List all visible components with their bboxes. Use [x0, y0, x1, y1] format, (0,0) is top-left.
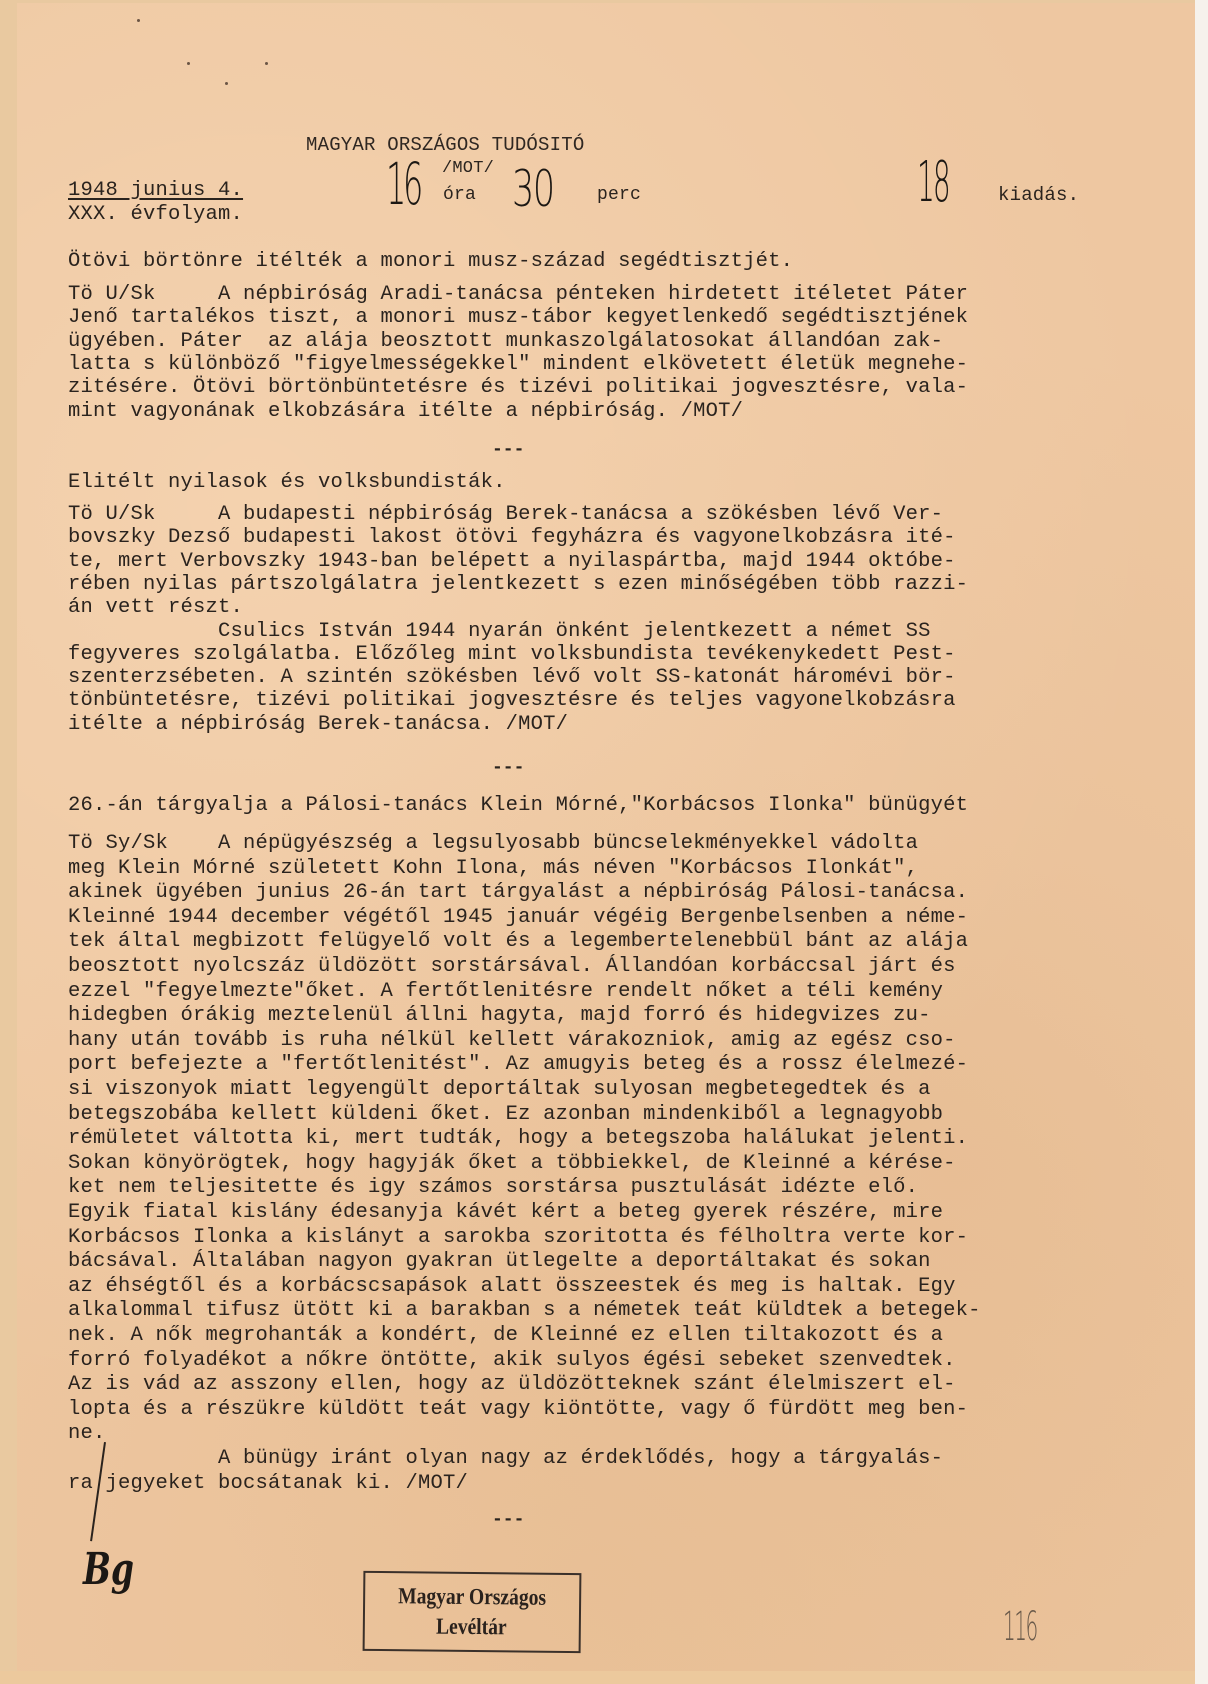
article-line: Csulics István 1944 nyarán önként jelent… — [68, 620, 931, 644]
article-line: ügyében. Páter az alája beosztott munkas… — [68, 330, 943, 354]
article-line: mint vagyonának elkobzására itélte a nép… — [68, 400, 743, 424]
article-line: fegyveres szolgálatba. Előzőleg mint vol… — [68, 643, 956, 667]
article-line: Tö U/Sk A budapesti népbiróság Berek-tan… — [68, 503, 943, 527]
article-line: betegszobába kellett küldeni őket. Ez az… — [68, 1103, 943, 1127]
article-line: akinek ügyében junius 26-án tart tárgyal… — [68, 881, 968, 905]
article-separator: --- — [492, 440, 524, 460]
article-line: hany után tovább is ruha nélkül kellett … — [68, 1029, 956, 1053]
article-line: si viszonyok miatt legyengült deportálta… — [68, 1078, 931, 1102]
article-line: A bünügy iránt olyan nagy az érdeklődés,… — [68, 1447, 943, 1471]
paper-speck — [225, 82, 228, 85]
article-line: Egyik fiatal kislány édesanyja kávét kér… — [68, 1201, 943, 1225]
stamp-line-1: Magyar Országos — [398, 1581, 546, 1613]
article-line: Tö Sy/Sk A népügyészség a legsulyosabb b… — [68, 832, 918, 856]
article-line: Jenő tartalékos tiszt, a monori musz-táb… — [68, 306, 968, 330]
scan-bottom-edge — [0, 1671, 1195, 1684]
agency-label: /MOT/ — [442, 157, 494, 181]
masthead: MAGYAR ORSZÁGOS TUDÓSITÓ — [306, 133, 584, 157]
stamp-line-2: Levéltár — [436, 1612, 507, 1643]
article-line: Korbácsos Ilonka a kislányt a sarokba sz… — [68, 1226, 968, 1250]
article-line: te, mert Verbovszky 1943-ban belépett a … — [68, 550, 956, 574]
article-line: rében nyilas pártszolgálatra jelentkezet… — [68, 573, 968, 597]
article-line: ezzel "fegyelmezte"őket. A fertőtlenités… — [68, 980, 943, 1004]
handwritten-minute: 30 — [512, 160, 554, 218]
article-line: tek által megbizott felügyelő volt és a … — [68, 930, 968, 954]
volume-label: XXX. évfolyam. — [68, 203, 243, 227]
handwritten-edition: 18 — [917, 150, 949, 215]
handwritten-hour: 16 — [386, 150, 420, 218]
paper-speck — [187, 62, 190, 65]
archive-stamp: Magyar Országos Levéltár — [363, 1571, 582, 1653]
article-line: szenterzsébeten. A szintén szökésben lév… — [68, 666, 956, 690]
article-line: port befejezte a "fertőtlenitést". Az am… — [68, 1053, 968, 1077]
article-line: rémületet váltotta ki, mert tudták, hogy… — [68, 1127, 968, 1151]
article-line: án vett részt. — [68, 596, 243, 620]
article-line: alkalommal tifusz ütött ki a barakban s … — [68, 1299, 981, 1323]
article-line: zitésére. Ötövi börtönbüntetésre és tizé… — [68, 376, 968, 400]
handwritten-page-number: 116 — [1003, 1604, 1037, 1650]
edition-label: kiadás. — [998, 183, 1079, 207]
article-line: ra jegyeket bocsátanak ki. /MOT/ — [68, 1472, 468, 1496]
article-line: beosztott nyolcszáz üldözött sorstársáva… — [68, 955, 956, 979]
article-line: Az is vád az asszony ellen, hogy az üldö… — [68, 1373, 956, 1397]
article-line: meg Klein Mórné született Kohn Ilona, má… — [68, 857, 918, 881]
paper-speck — [265, 62, 268, 65]
article-separator: --- — [492, 1510, 524, 1530]
paper-speck — [137, 19, 140, 22]
article-line: itélte a népbiróság Berek-tanácsa. /MOT/ — [68, 713, 568, 737]
hour-label: óra — [443, 183, 476, 207]
article-line: ket nem teljesitette és igy számos sorst… — [68, 1176, 918, 1200]
article-line: nek. A nők megrohanták a kondért, de Kle… — [68, 1324, 943, 1348]
article-line: bovszky Dezső budapesti lakost ötövi feg… — [68, 526, 956, 550]
article-line: Kleinné 1944 december végétől 1945 januá… — [68, 906, 968, 930]
article-line: lopta és a részükre küldött teát vagy ki… — [68, 1398, 968, 1422]
article-title: 26.-án tárgyalja a Pálosi-tanács Klein M… — [68, 794, 968, 818]
article-line: tönbüntetésre, tizévi politikai jogveszt… — [68, 689, 956, 713]
handwritten-initials: Bg — [83, 1544, 134, 1595]
article-line: hidegben órákig meztelenül állni hagyta,… — [68, 1004, 931, 1028]
article-title: Elitélt nyilasok és volksbundisták. — [68, 471, 506, 495]
article-line: ne. — [68, 1422, 106, 1446]
article-separator: --- — [492, 758, 524, 778]
issue-date: 1948 junius 4. — [68, 179, 243, 203]
minute-label: perc — [597, 183, 641, 207]
article-line: latta s különböző "figyelmességekkel" mi… — [68, 353, 968, 377]
article-line: Sokan könyörögtek, hogy hagyják őket a t… — [68, 1152, 956, 1176]
article-title: Ötövi börtönre itélték a monori musz-szá… — [68, 250, 793, 274]
article-line: bácsával. Általában nagyon gyakran ütleg… — [68, 1250, 931, 1274]
scan-margin — [1195, 0, 1208, 1684]
article-line: az éhségtől és a korbácscsapások alatt ö… — [68, 1275, 956, 1299]
article-line: forró folyadékot a nőkre öntötte, akik s… — [68, 1349, 956, 1373]
article-line: Tö U/Sk A népbiróság Aradi-tanácsa pénte… — [68, 283, 968, 307]
